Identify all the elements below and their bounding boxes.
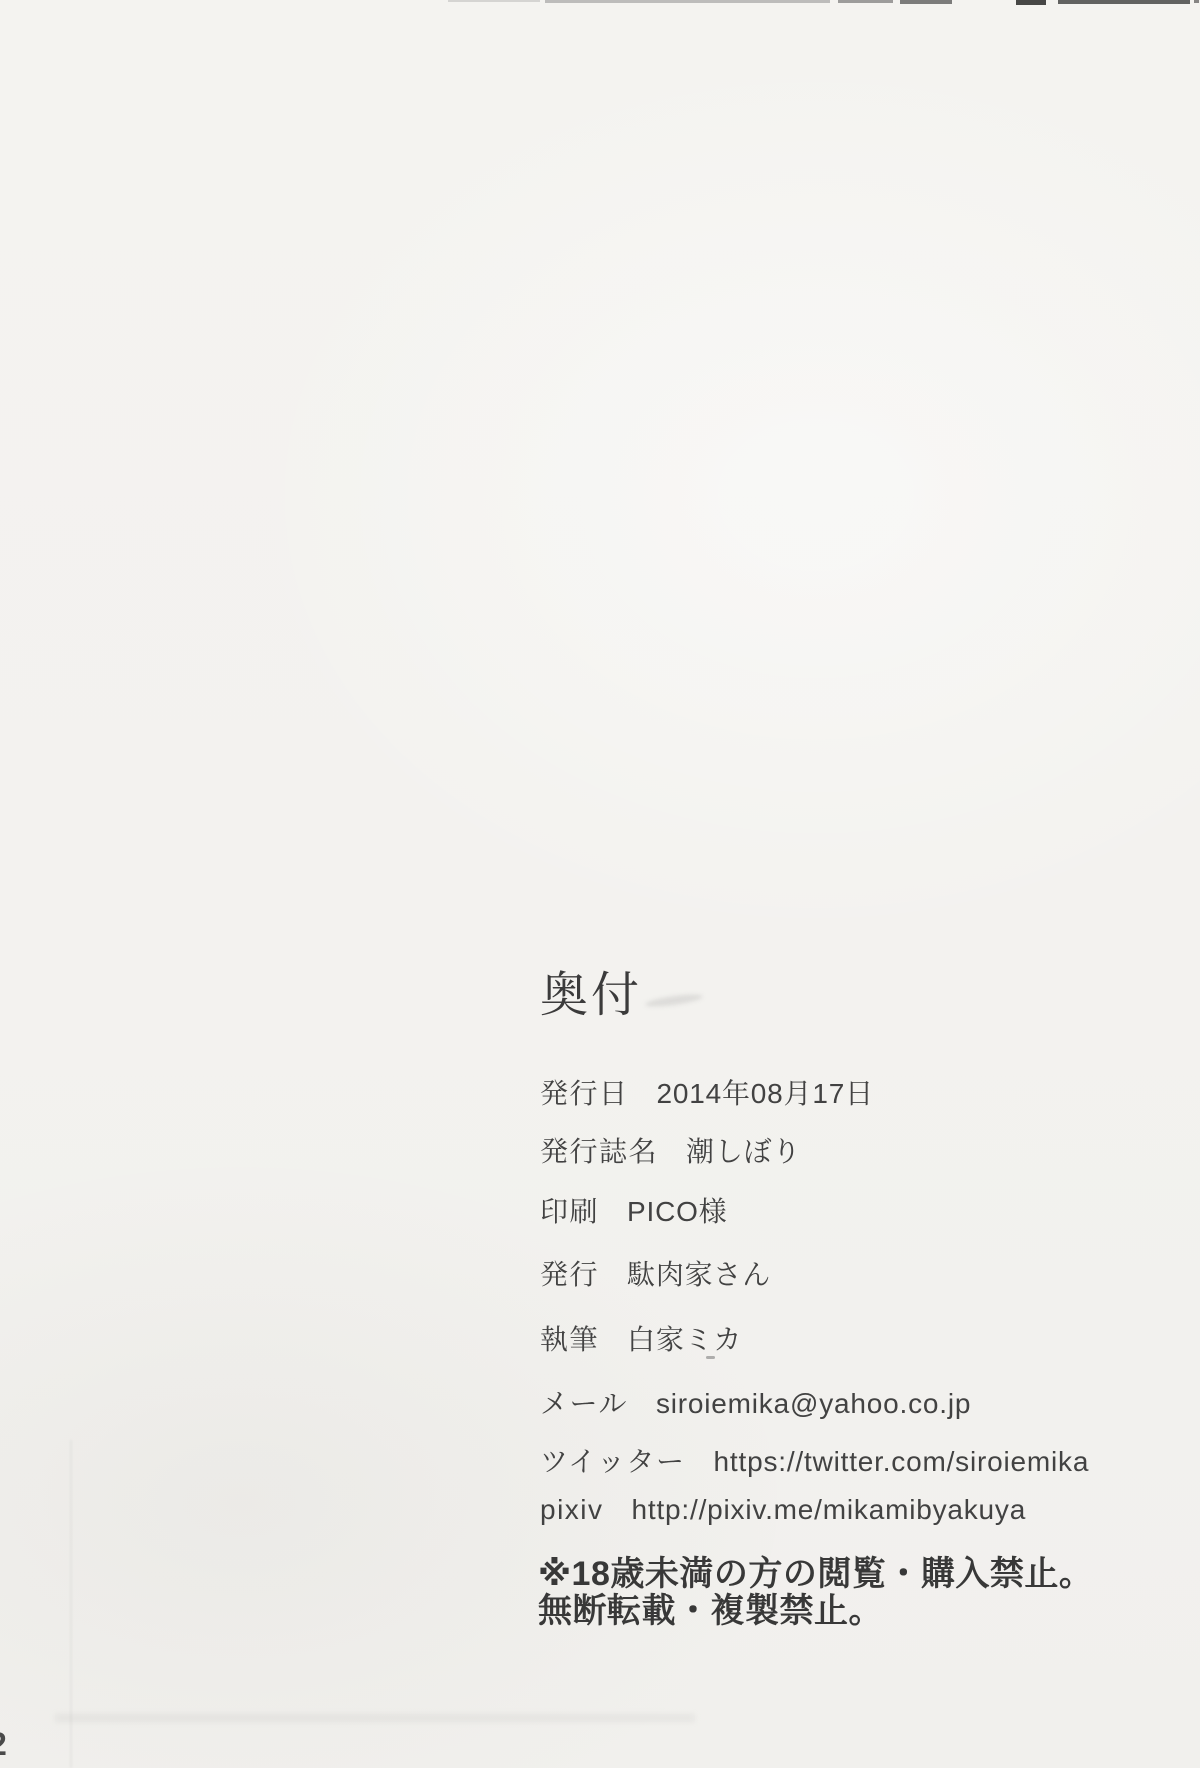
row-label: pixiv bbox=[540, 1494, 604, 1526]
row-value: 駄肉家さん bbox=[627, 1259, 771, 1291]
email-address: siroiemika@yahoo.co.jp bbox=[656, 1388, 971, 1420]
colophon-row-publisher: 発行 駄肉家さん bbox=[540, 1259, 771, 1291]
pixiv-url: http://pixiv.me/mikamibyakuya bbox=[632, 1494, 1027, 1526]
colophon-row-pixiv: pixiv http://pixiv.me/mikamibyakuya bbox=[540, 1494, 1026, 1526]
colophon-row-author: 執筆 白家ミカ bbox=[540, 1324, 742, 1356]
page-number: 2 bbox=[0, 1726, 7, 1763]
row-value: 潮しぼり bbox=[686, 1136, 801, 1168]
paper-edge-line bbox=[70, 1440, 72, 1768]
colophon-row-email: メール siroiemika@yahoo.co.jp bbox=[540, 1388, 971, 1420]
colophon-row-printer: 印刷 PICO様 bbox=[540, 1196, 727, 1228]
row-label: 発行誌名 bbox=[540, 1136, 658, 1168]
row-label: ツイッター bbox=[540, 1446, 686, 1478]
notice-line-2: 無断転載・複製禁止。 bbox=[538, 1593, 1093, 1630]
colophon-row-publication-date: 発行日 2014年08月17日 bbox=[540, 1078, 874, 1110]
twitter-url: https://twitter.com/siroiemika bbox=[714, 1446, 1090, 1478]
scan-edge-artifact bbox=[838, 0, 893, 3]
age-restriction-notice: ※18歳未満の方の閲覧・購入禁止。 無断転載・複製禁止。 bbox=[538, 1556, 1093, 1630]
scan-edge-artifact bbox=[1016, 0, 1046, 5]
row-value: 白家ミカ bbox=[627, 1324, 742, 1356]
scan-edge-artifact bbox=[1058, 0, 1190, 4]
row-value: PICO様 bbox=[627, 1196, 727, 1228]
scan-edge-artifact bbox=[900, 0, 952, 4]
scan-smudge bbox=[55, 1714, 695, 1722]
row-label: 執筆 bbox=[540, 1324, 599, 1356]
row-label: 印刷 bbox=[540, 1196, 599, 1228]
row-value: 2014年08月17日 bbox=[657, 1078, 874, 1110]
notice-line-1: ※18歳未満の方の閲覧・購入禁止。 bbox=[538, 1556, 1093, 1593]
pencil-smudge bbox=[645, 992, 704, 1009]
row-label: 発行日 bbox=[540, 1078, 629, 1110]
scan-edge-artifact bbox=[448, 0, 540, 2]
row-label: メール bbox=[540, 1388, 628, 1420]
scan-edge-artifact bbox=[545, 0, 830, 3]
scan-edge-artifact bbox=[1194, 0, 1199, 3]
page-title: 奥付 bbox=[540, 972, 642, 1020]
colophon-page: 奥付 発行日 2014年08月17日 発行誌名 潮しぼり 印刷 PICO様 発行… bbox=[0, 0, 1200, 1768]
colophon-row-publication-name: 発行誌名 潮しぼり bbox=[540, 1136, 801, 1168]
row-label: 発行 bbox=[540, 1259, 599, 1291]
ink-speck bbox=[706, 1356, 715, 1359]
colophon-row-twitter: ツイッター https://twitter.com/siroiemika bbox=[540, 1446, 1089, 1478]
